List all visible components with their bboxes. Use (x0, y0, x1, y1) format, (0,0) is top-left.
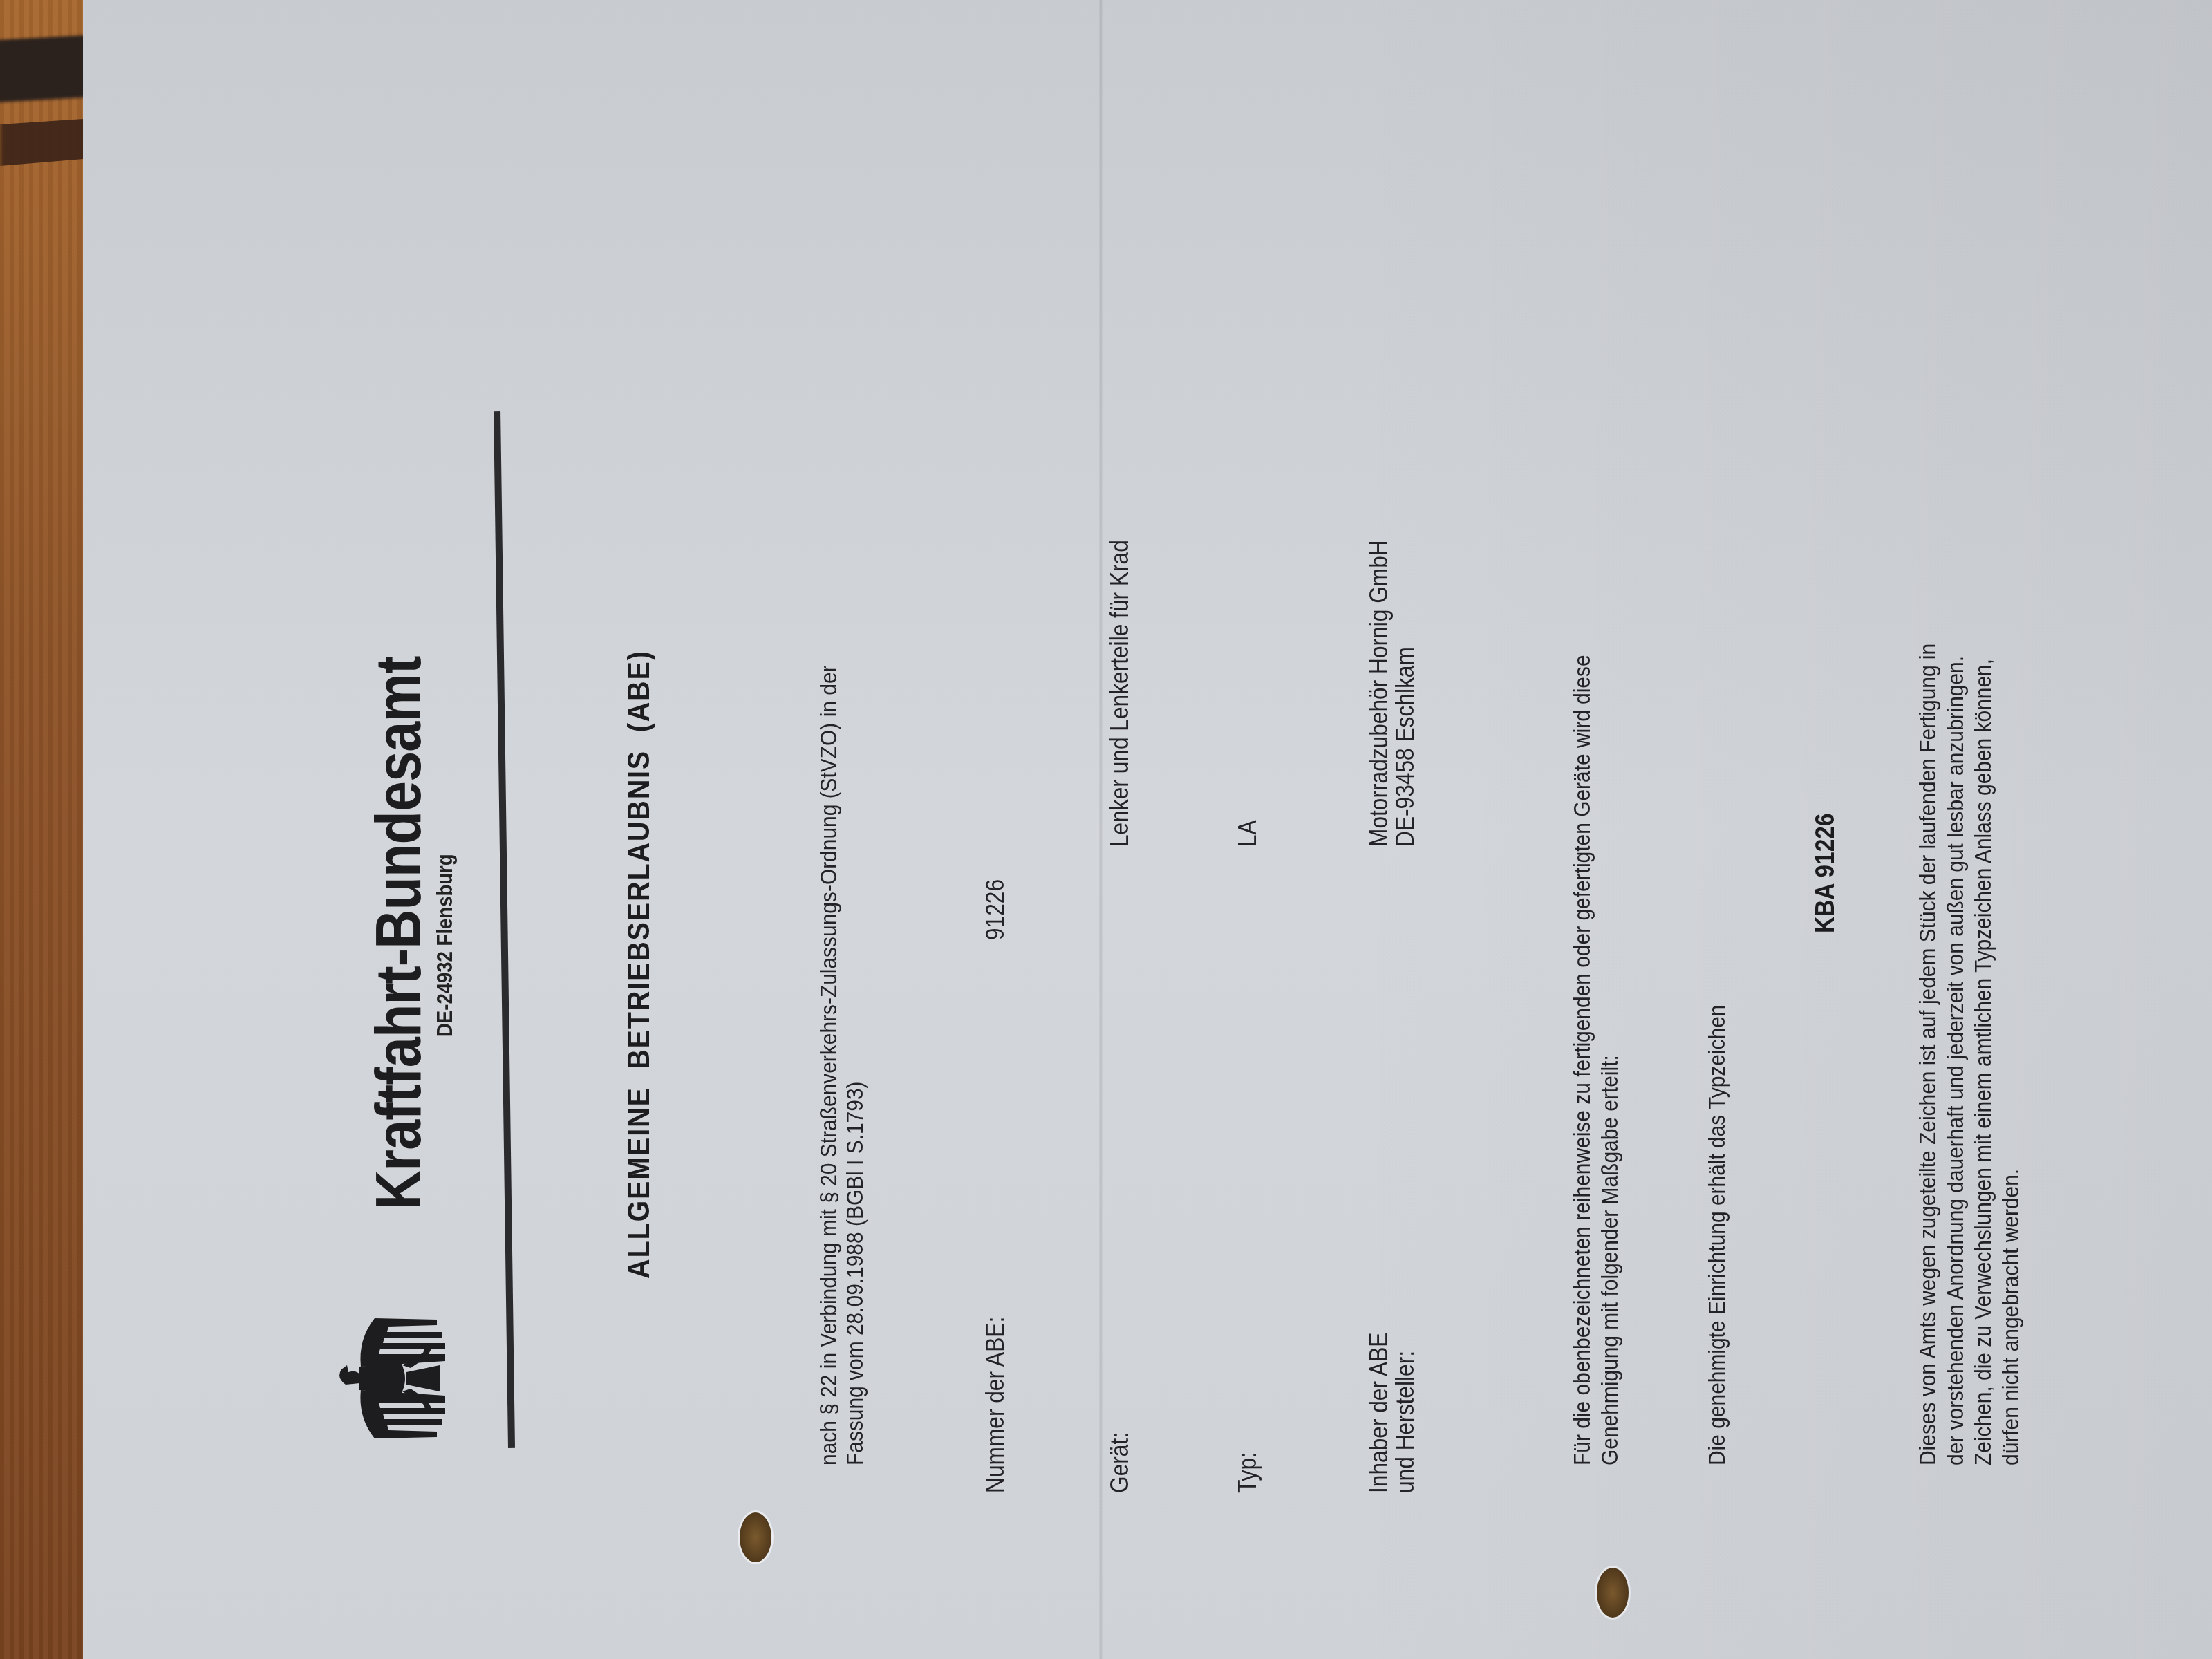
legal-basis-line-1: nach § 22 in Verbindung mit § 20 Straßen… (816, 666, 842, 1465)
field-value-type: LA (1234, 820, 1262, 847)
marking-text-line-3: Zeichen, die zu Verwechslungen mit einem… (1970, 659, 1996, 1465)
field-value-holder-2: DE-93458 Eschlkam (1391, 647, 1419, 847)
document-title: ALLGEMEINE BETRIEBSERLAUBNIS (ABE) (622, 650, 657, 1279)
type-mark-intro: Die genehmigte Einrichtung erhält das Ty… (1704, 1005, 1730, 1465)
marking-text-line-1: Dieses von Amts wegen zugeteilte Zeichen… (1915, 644, 1941, 1465)
type-mark: KBA 91226 (1811, 814, 1841, 933)
grant-text-line-1: Für die obenbezeichneten reihenweise zu … (1569, 655, 1595, 1465)
document-page: Kraftfahrt-Bundesamt DE-24932 Flensburg … (83, 0, 2212, 1659)
federal-eagle-icon (325, 1310, 456, 1448)
punch-hole-bottom (1597, 1568, 1629, 1618)
authority-address: DE-24932 Flensburg (432, 854, 458, 1037)
marking-text-line-2: der vorstehenden Anordnung dauerhaft und… (1942, 656, 1969, 1465)
authority-name: Kraftfahrt-Bundesamt (363, 657, 435, 1210)
field-label-type: Typ: (1234, 1452, 1262, 1493)
field-label-holder-2: und Hersteller: (1391, 1351, 1419, 1493)
field-value-device: Lenker und Lenkerteile für Krad (1106, 540, 1134, 847)
field-value-holder-1: Motorradzubehör Hornig GmbH (1365, 540, 1393, 847)
punch-hole-top (740, 1512, 771, 1562)
field-value-number: 91226 (982, 879, 1009, 940)
marking-text-line-4: dürfen nicht angebracht werden. (1998, 1169, 2024, 1465)
legal-basis-line-2: Fassung vom 28.09.1988 (BGBl I S.1793) (842, 1082, 868, 1466)
field-label-device: Gerät: (1106, 1432, 1134, 1493)
field-label-number: Nummer der ABE: (982, 1317, 1009, 1493)
grant-text-line-2: Genehmigung mit folgender Maßgabe erteil… (1597, 1055, 1623, 1465)
fold-crease (1099, 0, 1103, 1659)
field-label-holder-1: Inhaber der ABE (1365, 1333, 1393, 1493)
